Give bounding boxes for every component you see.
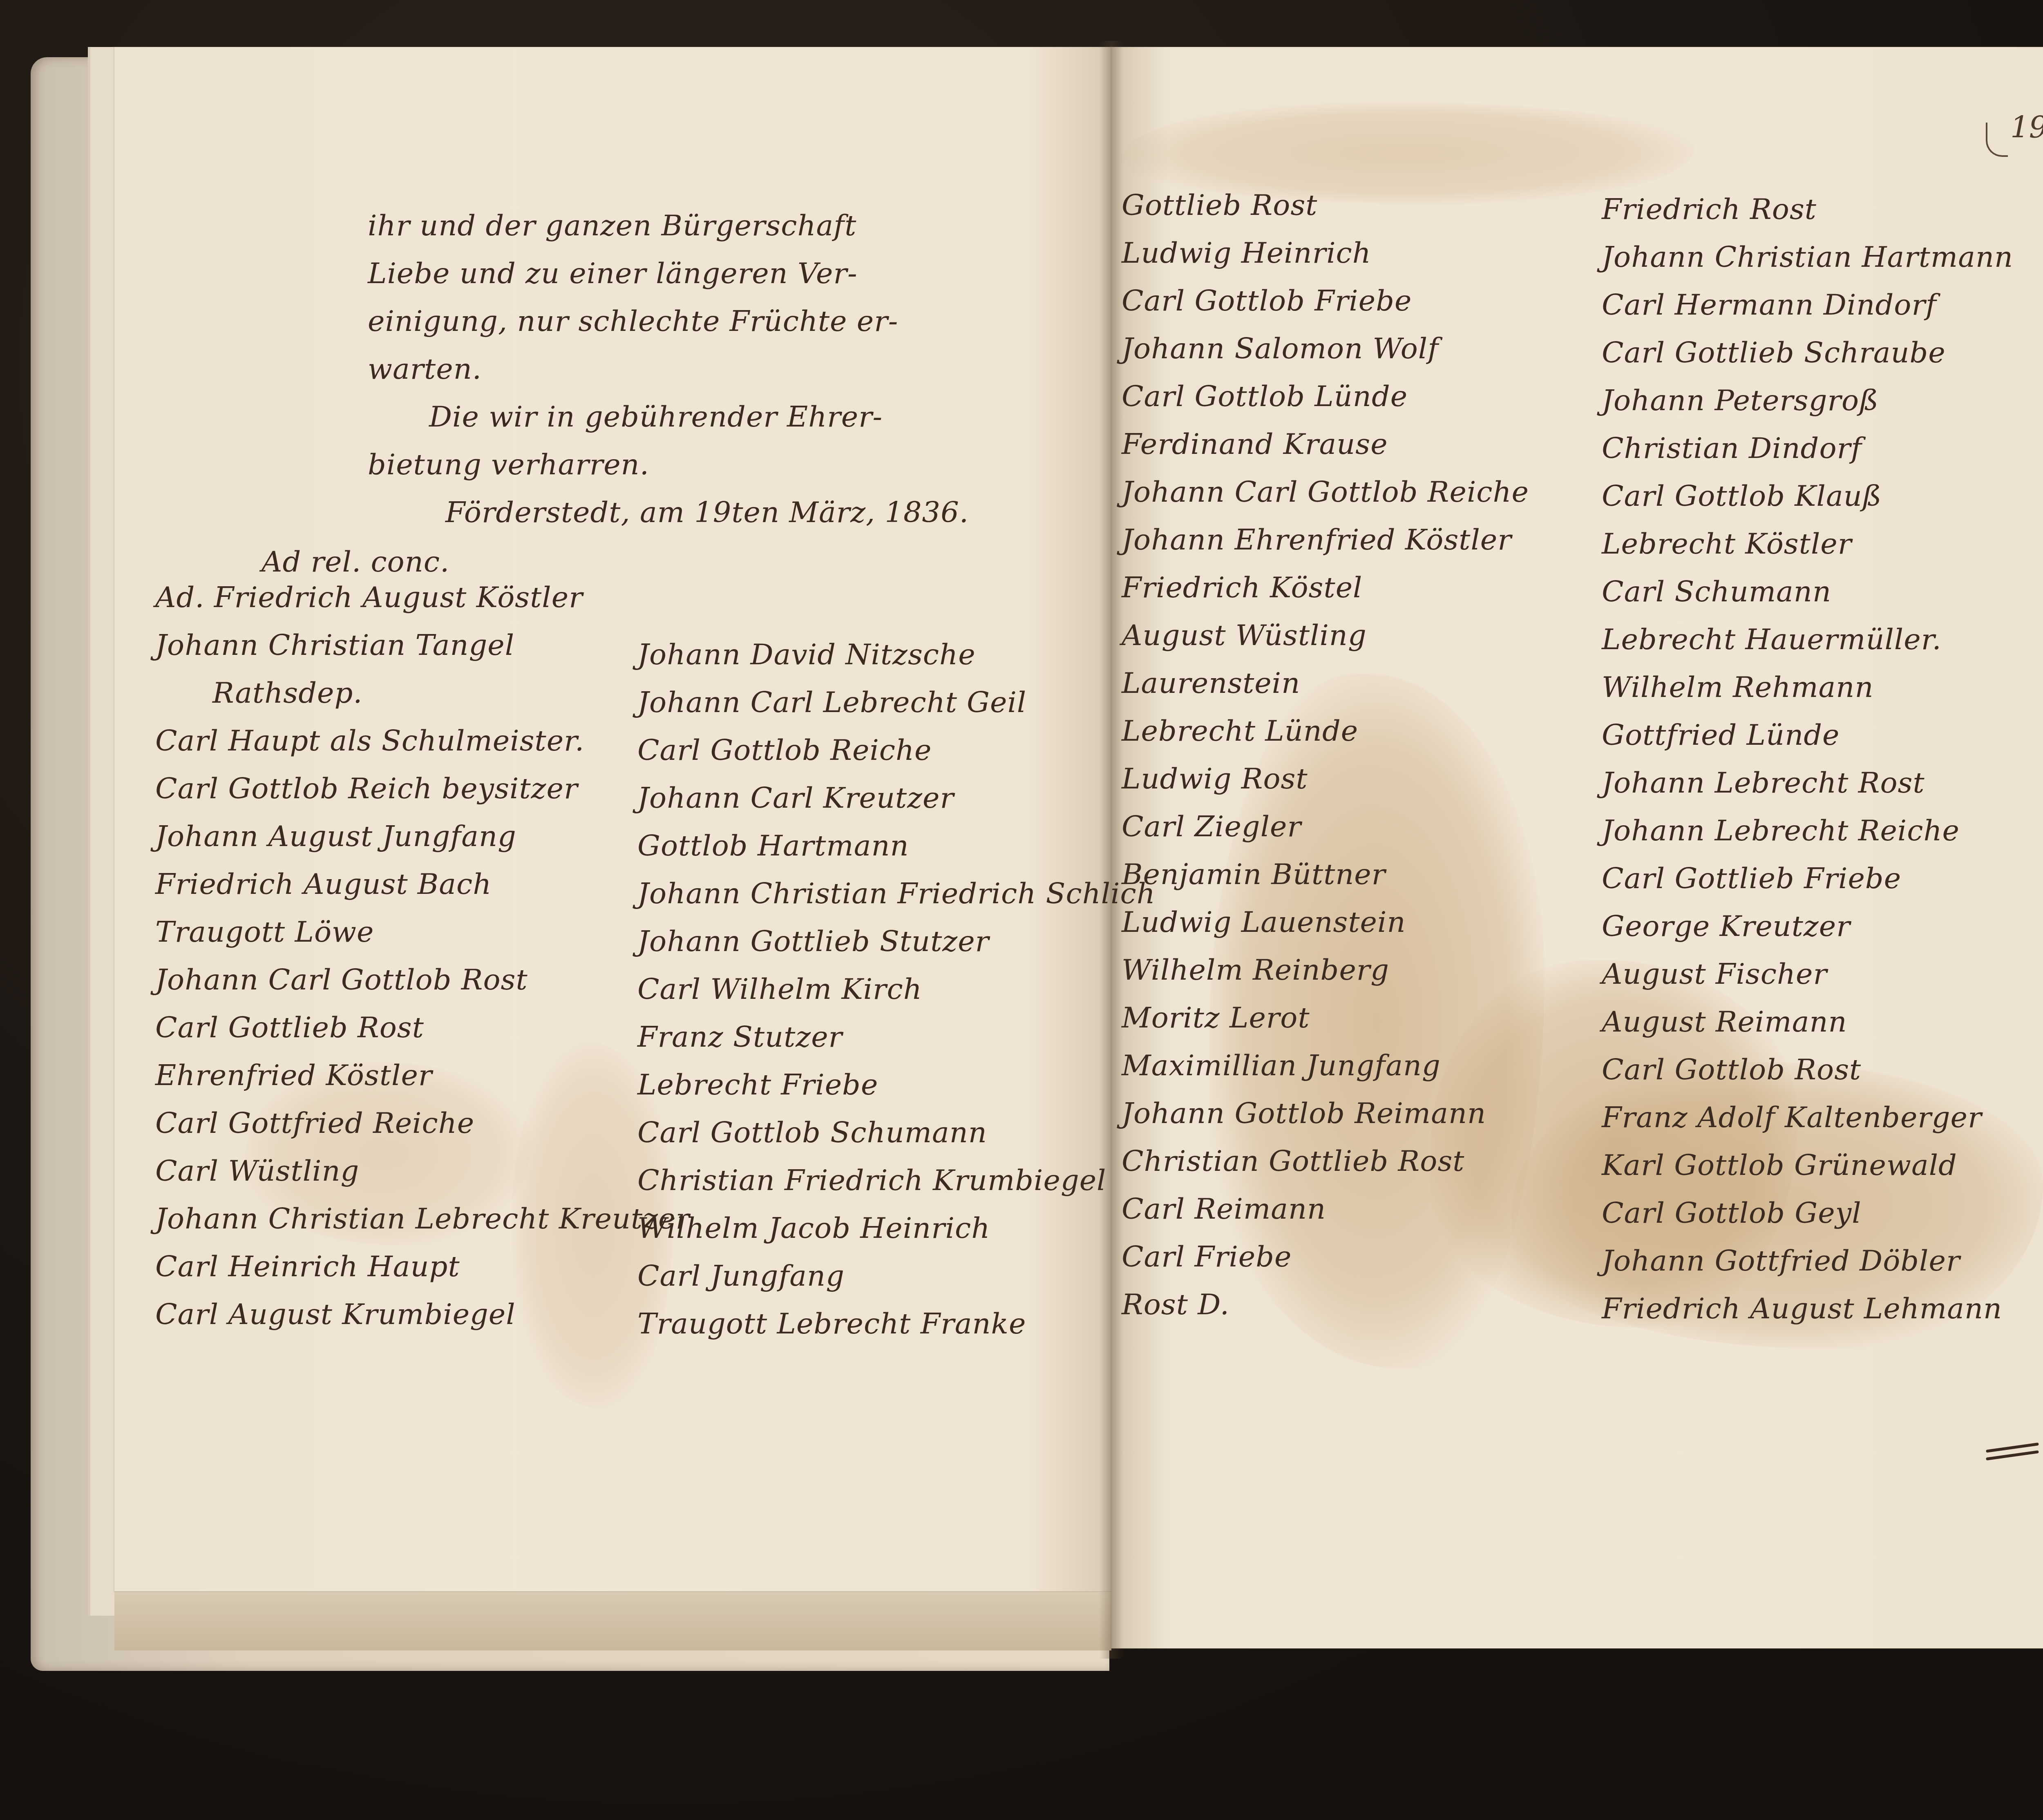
signatory-name: Carl Gottlob Schumann <box>637 1118 987 1147</box>
signatory-name: Carl Gottlieb Rost <box>155 1013 424 1042</box>
signatory-name: Johann Gottfried Döbler <box>1602 1246 1960 1275</box>
signatory-name: Traugott Löwe <box>155 918 374 946</box>
signatory-name: Carl Gottlob Friebe <box>1122 286 1412 315</box>
signatory-name: Carl Jungfang <box>637 1262 845 1290</box>
signatory-name: Carl Gottlob Reich beysitzer <box>155 774 578 803</box>
signatory-name: Johann Christian Lebrecht Kreutzer <box>155 1204 690 1233</box>
signatory-name: Friedrich Köstel <box>1122 573 1362 602</box>
signatory-name: Franz Stutzer <box>637 1023 843 1051</box>
signatory-name: Lebrecht Hauermüller. <box>1602 625 1942 654</box>
signatory-name: Carl Gottlob Reiche <box>637 736 932 764</box>
signatory-name: Johann Ehrenfried Köstler <box>1122 525 1512 554</box>
signatory-name: Johann Petersgroß <box>1602 386 1879 415</box>
signatory-name: Carl Reimann <box>1122 1195 1326 1223</box>
letter-line: einigung, nur schlechte Früchte er- <box>368 307 898 335</box>
signatory-name: Johann Lebrecht Rost <box>1602 768 1925 797</box>
bottom-page-stack <box>114 1585 1111 1650</box>
signatory-name: Johann Salomon Wolf <box>1122 334 1439 363</box>
signatory-name: Carl Gottfried Reiche <box>155 1109 474 1137</box>
signatory-name: Gottfried Lünde <box>1602 721 1840 749</box>
letter-line: warten. <box>368 355 482 383</box>
signatory-name: Benjamin Büttner <box>1122 860 1386 889</box>
signatory-name: Johann Carl Gottlob Rost <box>155 965 528 994</box>
signatory-name: Ad. Friedrich August Köstler <box>155 583 583 612</box>
signatory-name: August Reimann <box>1602 1007 1847 1036</box>
signatory-name: Johann Carl Gottlob Reiche <box>1122 478 1529 506</box>
signatory-name: Johann Lebrecht Reiche <box>1602 816 1960 845</box>
signatory-name: Moritz Lerot <box>1122 1003 1310 1032</box>
signatory-name: Carl Gottlob Rost <box>1602 1055 1861 1084</box>
signatory-name: Carl Heinrich Haupt <box>155 1252 460 1281</box>
signatory-name: Johann Carl Kreutzer <box>637 784 954 812</box>
signatory-name: Johann Gottlob Reimann <box>1122 1099 1486 1128</box>
letter-line: Liebe und zu einer längeren Ver- <box>368 259 858 288</box>
signatory-name: Carl Wilhelm Kirch <box>637 975 922 1003</box>
signatory-name: Friedrich August Lehmann <box>1602 1294 2002 1323</box>
left-page-column-1: Ad. Friedrich August Köstler Johann Chri… <box>155 564 690 1329</box>
page-number: 19 <box>2010 110 2043 145</box>
signatory-name: Carl Ziegler <box>1122 812 1301 841</box>
signatory-name: Traugott Lebrecht Franke <box>637 1309 1026 1338</box>
signatory-name: Johann Carl Lebrecht Geil <box>637 688 1026 717</box>
signatory-name: Wilhelm Reinberg <box>1122 956 1389 984</box>
signatory-name: Carl Gottlob Geyl <box>1602 1199 1862 1227</box>
left-page-column-2: Johann David Nitzsche Johann Carl Lebrec… <box>637 621 1156 1338</box>
signatory-name: Johann August Jungfang <box>155 822 516 851</box>
signatory-name: Lebrecht Friebe <box>637 1070 878 1099</box>
signatory-name: Johann Gottlieb Stutzer <box>637 927 989 956</box>
signatory-name: Carl Schumann <box>1602 577 1831 606</box>
signatory-name: Karl Gottlob Grünewald <box>1602 1151 1957 1179</box>
signatory-name: Carl Friebe <box>1122 1242 1292 1271</box>
signatory-name: Carl Wüstling <box>155 1157 359 1185</box>
signatory-name: Carl August Krumbiegel <box>155 1300 516 1329</box>
signatory-name: Laurenstein <box>1122 669 1300 697</box>
letter-line: bietung verharren. <box>368 450 649 479</box>
signatory-name: Carl Gottlob Lünde <box>1122 382 1408 411</box>
signatory-name: Ehrenfried Köstler <box>155 1061 432 1090</box>
signatory-name: Gottlieb Rost <box>1122 191 1317 219</box>
signatory-name: Friedrich August Bach <box>155 870 492 898</box>
signatory-name: August Wüstling <box>1122 621 1367 650</box>
signatory-name: Johann Christian Hartmann <box>1602 243 2013 271</box>
signatory-name: Lebrecht Lünde <box>1122 717 1358 745</box>
signatory-name: Carl Haupt als Schulmeister. <box>155 726 584 755</box>
signatory-name: Carl Gottlieb Friebe <box>1602 864 1901 893</box>
signatory-name: Franz Adolf Kaltenberger <box>1602 1103 1982 1132</box>
signatory-name: Carl Gottlieb Schraube <box>1602 338 1946 367</box>
letter-line: ihr und der ganzen Bürgerschaft <box>368 211 856 240</box>
right-page-column-2: Friedrich Rost Johann Christian Hartmann… <box>1602 176 2013 1323</box>
signatory-name: Ferdinand Krause <box>1122 430 1388 458</box>
end-of-list-mark <box>1986 1446 2039 1458</box>
signatory-name: Carl Gottlob Klauß <box>1602 482 1882 510</box>
date-line: Förderstedt, am 19ten März, 1836. <box>445 498 969 527</box>
signatory-name: Ludwig Rost <box>1122 764 1308 793</box>
signatory-name: Ludwig Heinrich <box>1122 239 1371 267</box>
right-page-column-1: Gottlieb Rost Ludwig Heinrich Carl Gottl… <box>1122 172 1529 1319</box>
signatory-name: Christian Gottlieb Rost <box>1122 1147 1464 1175</box>
signatory-name: Gottlob Hartmann <box>637 831 909 860</box>
signatory-name: George Kreutzer <box>1602 912 1851 940</box>
signatory-name: Christian Dindorf <box>1602 434 1862 462</box>
signatory-name: Maximillian Jungfang <box>1122 1051 1441 1080</box>
letter-closing: ihr und der ganzen Bürgerschaft Liebe un… <box>368 192 969 527</box>
signatory-name: Wilhelm Jacob Heinrich <box>637 1214 990 1242</box>
signatory-name: Johann Christian Friedrich Schlich <box>637 879 1156 908</box>
signatory-name: Johann David Nitzsche <box>637 640 976 669</box>
signatory-name: Friedrich Rost <box>1602 195 1817 223</box>
signatory-name: Ludwig Lauenstein <box>1122 908 1406 936</box>
letter-line: Die wir in gebührender Ehrer- <box>429 402 883 431</box>
signatory-name: Lebrecht Köstler <box>1602 529 1852 558</box>
signatory-name: Johann Christian Tangel <box>155 631 514 659</box>
signatory-name: August Fischer <box>1602 960 1827 988</box>
signatory-name: Wilhelm Rehmann <box>1602 673 1874 701</box>
signatory-name: Carl Hermann Dindorf <box>1602 290 1937 319</box>
signatory-role: Rathsdep. <box>212 679 362 707</box>
signatory-name: Christian Friedrich Krumbiegel <box>637 1166 1106 1195</box>
signatory-name: Rost D. <box>1122 1290 1229 1319</box>
